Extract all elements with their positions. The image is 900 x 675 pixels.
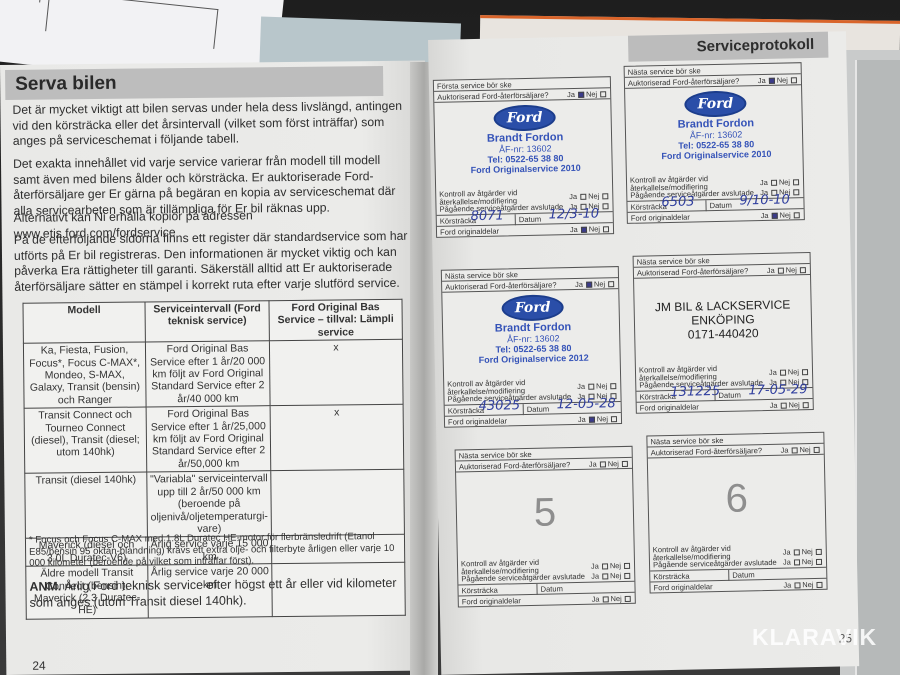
date-value[interactable]: 12-05-28 bbox=[557, 396, 616, 412]
checkbox-no[interactable] bbox=[803, 402, 809, 408]
checkbox-yes[interactable] bbox=[771, 213, 777, 219]
date-label: Datum bbox=[728, 569, 758, 581]
header-base-service: Ford Original Bas Service – tillval: Läm… bbox=[269, 299, 402, 341]
section-header: Serva bilen bbox=[5, 66, 383, 100]
ford-logo-icon: Ford bbox=[684, 90, 747, 117]
protocol-header: Serviceprotokoll bbox=[628, 32, 829, 62]
cell-interval: Ford Original Bas Service efter 1 år/25,… bbox=[146, 406, 271, 472]
checkbox-yes[interactable] bbox=[602, 563, 608, 569]
date-label: Datum bbox=[536, 583, 566, 595]
checkbox-no[interactable] bbox=[814, 447, 820, 453]
mileage-value[interactable]: 43025 bbox=[479, 398, 521, 414]
dealer-stamp: JM BIL & LACKSERVICE ENKÖPING 0171-44042… bbox=[635, 297, 812, 343]
checkbox-yes[interactable] bbox=[778, 268, 784, 274]
cell-base-service bbox=[271, 470, 405, 536]
checkbox-no[interactable] bbox=[625, 596, 631, 602]
note-label: ANM. bbox=[29, 579, 61, 593]
service-card-6: Nästa service bör ske Auktoriserad Ford-… bbox=[646, 432, 827, 594]
date-label: Datum bbox=[515, 214, 545, 226]
checkbox-no[interactable] bbox=[600, 91, 606, 97]
paragraph-register: På de efterföljande sidorna finns ett re… bbox=[14, 229, 410, 296]
dealer-stamp: Ford Brandt Fordon ÅF-nr: 13602 Tel: 052… bbox=[462, 293, 603, 365]
note-text: Årlig Ford teknisk service efter högst e… bbox=[30, 576, 397, 610]
authorized-yes-no: Ja Nej bbox=[589, 459, 628, 469]
original-parts-label: Ford originaldelar bbox=[462, 596, 521, 606]
service-interval-table: Modell Serviceintervall (Ford teknisk se… bbox=[22, 299, 405, 620]
checkbox-no[interactable] bbox=[816, 549, 822, 555]
service-card-4: Nästa service bör ske Auktoriserad Ford-… bbox=[633, 252, 814, 414]
cell-interval: "Variabla" serviceintervall upp till 2 å… bbox=[147, 471, 272, 537]
service-card-3: Nästa service bör ske Auktoriserad Ford-… bbox=[441, 266, 622, 428]
parts-yes-no: Ja Nej bbox=[578, 414, 617, 424]
date-label: Datum bbox=[714, 389, 744, 401]
dealer-service-year: Ford Originalservice 2010 bbox=[456, 163, 596, 176]
dealer-service-year: Ford Originalservice 2012 bbox=[464, 352, 604, 365]
checkbox-yes[interactable] bbox=[794, 549, 800, 555]
parts-yes-no: Ja Nej bbox=[570, 224, 609, 234]
authorized-yes-no: Ja Nej bbox=[758, 75, 797, 85]
original-parts-label: Ford originaldelar bbox=[640, 402, 699, 412]
checkbox-yes[interactable] bbox=[588, 384, 594, 390]
checkbox-no[interactable] bbox=[611, 416, 617, 422]
checkbox-no[interactable] bbox=[793, 189, 799, 195]
stamp-area: 6 bbox=[648, 455, 826, 549]
header-interval: Serviceintervall (Ford teknisk service) bbox=[145, 301, 269, 343]
original-parts-label: Ford originaldelar bbox=[448, 416, 507, 426]
checkbox-yes[interactable] bbox=[586, 282, 592, 288]
page-number-left: 24 bbox=[32, 659, 46, 673]
control-yes-no: Ja Nej bbox=[769, 367, 808, 377]
parts-yes-no: Ja Nej bbox=[761, 210, 800, 220]
ongoing-yes-no: Ja Nej bbox=[591, 571, 630, 581]
checkbox-no[interactable] bbox=[816, 559, 822, 565]
cell-interval: Ford Original Bas Service efter 1 år/20 … bbox=[145, 341, 270, 407]
table-row: Transit (diesel 140hk) "Variabla" servic… bbox=[25, 470, 405, 539]
stamp-area: Ford Brandt Fordon ÅF-nr: 13602 Tel: 052… bbox=[625, 85, 803, 179]
date-value[interactable]: 17-05-29 bbox=[748, 382, 807, 398]
cell-base-service: x bbox=[269, 340, 403, 406]
stamp-area: Ford Brandt Fordon ÅF-nr: 13602 Tel: 052… bbox=[442, 289, 620, 383]
checkbox-no[interactable] bbox=[802, 369, 808, 375]
ongoing-yes-no: Ja Nej bbox=[783, 557, 822, 567]
checkbox-yes[interactable] bbox=[771, 180, 777, 186]
parts-yes-no: Ja Nej bbox=[770, 400, 809, 410]
mileage-value[interactable]: 131225 bbox=[670, 384, 720, 400]
original-parts-label: Ford originaldelar bbox=[653, 582, 712, 592]
background-right-cover-edge bbox=[855, 60, 900, 675]
cell-model: Transit (diesel 140hk) bbox=[25, 472, 148, 538]
header-model: Modell bbox=[23, 302, 145, 343]
control-yes-no: Ja Nej bbox=[783, 547, 822, 557]
checkbox-yes[interactable] bbox=[600, 461, 606, 467]
service-card-2: Nästa service bör ske Auktoriserad Ford-… bbox=[624, 62, 805, 224]
card-number: 5 bbox=[456, 489, 633, 538]
control-yes-no: Ja Nej bbox=[591, 561, 630, 571]
checkbox-yes[interactable] bbox=[780, 403, 786, 409]
control-yes-no: Ja Nej bbox=[577, 381, 616, 391]
date-value[interactable]: 9/10-10 bbox=[739, 192, 790, 208]
checkbox-no[interactable] bbox=[793, 179, 799, 185]
card-number: 6 bbox=[648, 475, 825, 524]
watermark-logo: KLARAVIK bbox=[752, 624, 877, 651]
right-page: Serviceprotokoll Första service bör ske … bbox=[428, 31, 859, 675]
stamp-area: JM BIL & LACKSERVICE ENKÖPING 0171-44042… bbox=[634, 275, 812, 369]
checkbox-yes[interactable] bbox=[791, 447, 797, 453]
authorized-yes-no: Ja Nej bbox=[767, 265, 806, 275]
checkbox-yes[interactable] bbox=[769, 78, 775, 84]
original-parts-label: Ford originaldelar bbox=[440, 227, 499, 237]
checkbox-no[interactable] bbox=[791, 77, 797, 83]
checkbox-no[interactable] bbox=[800, 267, 806, 273]
checkbox-yes[interactable] bbox=[581, 227, 587, 233]
parts-yes-no: Ja Nej bbox=[783, 580, 822, 590]
mileage-value[interactable]: 8071 bbox=[471, 208, 504, 224]
checkbox-no[interactable] bbox=[624, 563, 630, 569]
authorized-yes-no: Ja Nej bbox=[781, 445, 820, 455]
checkbox-yes[interactable] bbox=[589, 417, 595, 423]
dealer-phone: 0171-440420 bbox=[635, 325, 811, 343]
paragraph-intro: Det är mycket viktigt att bilen servas u… bbox=[12, 99, 407, 150]
footnote: * Focus och Focus C-MAX med 1.8L Duratec… bbox=[29, 531, 409, 570]
left-page: Serva bilen Det är mycket viktigt att bi… bbox=[0, 61, 431, 675]
note: ANM. Årlig Ford teknisk service efter hö… bbox=[29, 575, 409, 611]
mileage-label: Körsträcka bbox=[461, 586, 497, 596]
dealer-stamp: Ford Brandt Fordon ÅF-nr: 13602 Tel: 052… bbox=[645, 90, 786, 162]
page-title: Serva bilen bbox=[5, 66, 383, 96]
date-label: Datum bbox=[523, 403, 553, 415]
checkbox-yes[interactable] bbox=[794, 582, 800, 588]
parts-yes-no: Ja Nej bbox=[592, 594, 631, 604]
checkbox-no[interactable] bbox=[608, 281, 614, 287]
checkbox-no[interactable] bbox=[602, 203, 608, 209]
date-label: Datum bbox=[705, 200, 735, 212]
date-value[interactable]: 12/3-10 bbox=[549, 206, 600, 222]
stamp-area: 5 bbox=[456, 469, 634, 563]
service-card-5: Nästa service bör ske Auktoriserad Ford-… bbox=[455, 446, 636, 608]
original-parts-label: Ford originaldelar bbox=[631, 213, 690, 223]
authorized-yes-no: Ja Nej bbox=[567, 89, 606, 99]
checkbox-no[interactable] bbox=[816, 582, 822, 588]
checkbox-yes[interactable] bbox=[780, 370, 786, 376]
table-row: Transit Connect och Tourneo Connect (die… bbox=[24, 405, 404, 474]
dealer-stamp: Ford Brandt Fordon ÅF-nr: 13602 Tel: 052… bbox=[454, 104, 595, 176]
checkbox-yes[interactable] bbox=[578, 92, 584, 98]
mileage-value[interactable]: 6503 bbox=[661, 194, 694, 210]
cell-base-service: x bbox=[270, 405, 404, 471]
dealer-service-year: Ford Originalservice 2010 bbox=[646, 149, 786, 162]
mileage-label: Körsträcka bbox=[653, 572, 689, 582]
checkbox-yes[interactable] bbox=[602, 596, 608, 602]
checkbox-no[interactable] bbox=[603, 226, 609, 232]
control-yes-no: Ja Nej bbox=[760, 177, 799, 187]
table-row: Ka, Fiesta, Fusion, Focus*, Focus C-MAX*… bbox=[23, 340, 403, 409]
checkbox-yes[interactable] bbox=[602, 573, 608, 579]
checkbox-no[interactable] bbox=[622, 461, 628, 467]
checkbox-yes[interactable] bbox=[794, 559, 800, 565]
checkbox-no[interactable] bbox=[794, 212, 800, 218]
checkbox-no[interactable] bbox=[610, 383, 616, 389]
ford-logo-icon: Ford bbox=[501, 294, 564, 321]
cell-model: Ka, Fiesta, Fusion, Focus*, Focus C-MAX*… bbox=[23, 342, 146, 408]
protocol-title: Serviceprotokoll bbox=[628, 32, 828, 57]
service-card-1: Första service bör ske Auktoriserad Ford… bbox=[433, 76, 614, 238]
stamp-area: Ford Brandt Fordon ÅF-nr: 13602 Tel: 052… bbox=[434, 99, 612, 193]
checkbox-no[interactable] bbox=[624, 573, 630, 579]
cell-model: Transit Connect och Tourneo Connect (die… bbox=[24, 407, 147, 473]
checkbox-no[interactable] bbox=[602, 193, 608, 199]
authorized-yes-no: Ja Nej bbox=[575, 279, 614, 289]
table-header-row: Modell Serviceintervall (Ford teknisk se… bbox=[23, 299, 402, 343]
checkbox-yes[interactable] bbox=[580, 194, 586, 200]
control-yes-no: Ja Nej bbox=[569, 191, 608, 201]
ford-logo-icon: Ford bbox=[493, 104, 556, 131]
